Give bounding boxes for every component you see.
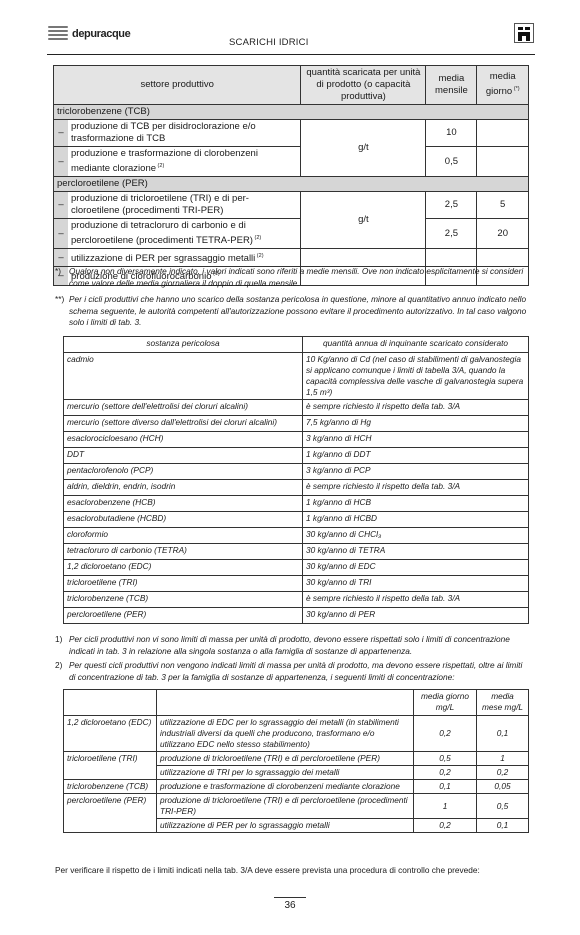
annual-quantity: è sempre richiesto il rispetto della tab… [303,400,529,416]
sector-label: produzione e trasformazione di clorobenz… [68,147,301,177]
monthly-average: 1 [477,752,529,766]
unit-cell: g/t [301,120,426,177]
daily-value [477,249,529,267]
substance-name: triclorobenzene (TCB) [64,592,303,608]
process-description: utilizzazione di TRI per lo sgrassaggio … [157,766,414,780]
substance-name: tricloroetilene (TRI) [64,576,303,592]
bullet-dash: – [54,192,69,219]
substance-name: esaclorobenzene (HCB) [64,496,303,512]
table-row: –produzione e trasformazione di cloroben… [54,147,529,177]
substance-name: mercurio (settore diverso dall'elettroli… [64,416,303,432]
annual-quantity: 10 Kg/anno di Cd (nel caso di stabilimen… [303,353,529,400]
table-row: mercurio (settore dell'elettrolisi dei c… [64,400,529,416]
substance-name: pentaclorofenolo (PCP) [64,464,303,480]
sector-label: utilizzazione di PER per sgrassaggio met… [68,249,301,267]
footnote-marker: *) [55,266,61,278]
table-row: tetracloruro di carbonio (TETRA)30 kg/an… [64,544,529,560]
column-header-quantity: quantità scaricata per unità di prodotto… [301,66,426,105]
footnote: **)Per i cicli produttivi che hanno uno … [55,294,529,330]
document-title: Scarichi idrici [229,37,309,48]
page-header: depuracque Scarichi idrici [47,22,535,55]
substance-name: 1,2 dicloroetano (EDC) [64,716,157,752]
footnote-text: Qualora non diversamente indicato, i val… [69,266,529,289]
concentration-limits-table: media giorno mg/Lmedia mese mg/L1,2 dicl… [63,689,529,833]
production-limits-table: settore produttivoquantità scaricata per… [53,65,529,286]
monthly-average: 0,05 [477,780,529,794]
column-header-monthly: media mensile [426,66,477,105]
footnote-mark: (2) [253,235,261,241]
annual-quantity-table: sostanza pericolosaquantità annua di inq… [63,336,529,624]
substance-name: tricloroetilene (TRI) [64,752,157,780]
group-name: percloroetilene (PER) [54,177,529,192]
footnote: 2)Per questi cicli produttivi non vengon… [55,660,529,684]
footnote-mark: (*) [512,86,519,92]
sector-label: produzione di TCB per disidroclorazione … [68,120,301,147]
table-row: percloroetilene (PER)produzione di tricl… [64,794,529,819]
monthly-average: 0,1 [477,819,529,833]
bullet-dash: – [54,120,69,147]
bullet-dash: – [54,249,69,267]
table-row: 1,2 dicloroetano (EDC)30 kg/anno di EDC [64,560,529,576]
sector-label: produzione di tetracloruro di carbonio e… [68,219,301,249]
daily-value [477,147,529,177]
substance-name: 1,2 dicloroetano (EDC) [64,560,303,576]
footer-text: Per verificare il rispetto de i limiti i… [55,865,480,875]
annual-quantity: 7,5 kg/anno di Hg [303,416,529,432]
group-row: percloroetilene (PER) [54,177,529,192]
substance-name: mercurio (settore dell'elettrolisi dei c… [64,400,303,416]
unit-cell: g/t [301,192,426,249]
table-row: –produzione di TCB per disidroclorazione… [54,120,529,147]
process-description: produzione di tricloroetilene (TRI) e di… [157,752,414,766]
table-row: esaclorocicloesano (HCH)3 kg/anno di HCH [64,432,529,448]
daily-value: 5 [477,192,529,219]
column-header-substance: sostanza pericolosa [64,337,303,353]
waves-icon [48,25,68,43]
monthly-value [426,249,477,267]
process-description: produzione e trasformazione di clorobenz… [157,780,414,794]
process-description: produzione di tricloroetilene (TRI) e di… [157,794,414,819]
footnote-mark: (2) [156,163,164,169]
footnote-text: Per cicli produttivi non vi sono limiti … [69,634,529,657]
monthly-average: 0,2 [477,766,529,780]
monthly-value: 2,5 [426,219,477,249]
annual-quantity: 30 kg/anno di CHCl₃ [303,528,529,544]
bullet-dash: – [54,219,69,249]
table-row: cadmio10 Kg/anno di Cd (nel caso di stab… [64,353,529,400]
brand-name: depuracque [72,28,130,40]
footnote-marker: 1) [55,634,62,646]
substance-name: percloroetilene (PER) [64,608,303,624]
monthly-average: 0,1 [477,716,529,752]
building-icon [514,23,534,43]
annual-quantity: 1 kg/anno di HCBD [303,512,529,528]
annual-quantity: 30 kg/anno di TETRA [303,544,529,560]
table-row: percloroetilene (PER)30 kg/anno di PER [64,608,529,624]
table-row: –produzione di tricloroetilene (TRI) e d… [54,192,529,219]
column-header-substance [64,690,157,716]
daily-average: 0,1 [414,780,477,794]
table-row: triclorobenzene (TCB)è sempre richiesto … [64,592,529,608]
daily-value: 20 [477,219,529,249]
substance-name: DDT [64,448,303,464]
annual-quantity: 3 kg/anno di HCH [303,432,529,448]
column-header-process [157,690,414,716]
footnote: 1)Per cicli produttivi non vi sono limit… [55,634,529,658]
process-description: utilizzazione di PER per lo sgrassaggio … [157,819,414,833]
monthly-value: 10 [426,120,477,147]
substance-name: percloroetilene (PER) [64,794,157,833]
daily-average: 0,2 [414,819,477,833]
footnote-mark: (2) [255,253,263,259]
daily-value [477,120,529,147]
header-row: media giorno mg/Lmedia mese mg/L [64,690,529,716]
annual-quantity: 1 kg/anno di DDT [303,448,529,464]
process-description: utilizzazione di EDC per lo sgrassaggio … [157,716,414,752]
table-row: DDT1 kg/anno di DDT [64,448,529,464]
table-row: –utilizzazione di PER per sgrassaggio me… [54,249,529,267]
column-header-daily: media giorno (*) [477,66,529,105]
substance-name: esaclorobutadiene (HCBD) [64,512,303,528]
footnote-marker: 2) [55,660,62,672]
substance-name: cloroformio [64,528,303,544]
bullet-dash: – [54,147,69,177]
daily-average: 1 [414,794,477,819]
daily-average: 0,5 [414,752,477,766]
page-number: 36 [274,897,306,911]
monthly-value: 0,5 [426,147,477,177]
table-row: 1,2 dicloroetano (EDC)utilizzazione di E… [64,716,529,752]
table-row: triclorobenzene (TCB)produzione e trasfo… [64,780,529,794]
daily-average: 0,2 [414,716,477,752]
header-row: settore produttivoquantità scaricata per… [54,66,529,105]
table-row: cloroformio30 kg/anno di CHCl₃ [64,528,529,544]
footnote-text: Per i cicli produttivi che hanno uno sca… [69,294,529,329]
column-header-monthly: media mese mg/L [477,690,529,716]
column-header-annual-quantity: quantità annua di inquinante scaricato c… [303,337,529,353]
monthly-value: 2,5 [426,192,477,219]
column-header-daily: media giorno mg/L [414,690,477,716]
annual-quantity: 1 kg/anno di HCB [303,496,529,512]
footnote-text: Per questi cicli produttivi non vengono … [69,660,529,683]
table-row: –produzione di tetracloruro di carbonio … [54,219,529,249]
brand-logo: depuracque [48,25,130,43]
substance-name: esaclorocicloesano (HCH) [64,432,303,448]
monthly-average: 0,5 [477,794,529,819]
group-name: triclorobenzene (TCB) [54,105,529,120]
group-row: triclorobenzene (TCB) [54,105,529,120]
annual-quantity: è sempre richiesto il rispetto della tab… [303,480,529,496]
table-row: tricloroetilene (TRI)30 kg/anno di TRI [64,576,529,592]
table-row: tricloroetilene (TRI)produzione di tricl… [64,752,529,766]
table-row: pentaclorofenolo (PCP)3 kg/anno di PCP [64,464,529,480]
table-row: esaclorobenzene (HCB)1 kg/anno di HCB [64,496,529,512]
footnote: *)Qualora non diversamente indicato, i v… [55,266,529,290]
header-row: sostanza pericolosaquantità annua di inq… [64,337,529,353]
annual-quantity: 30 kg/anno di EDC [303,560,529,576]
table-row: mercurio (settore diverso dall'elettroli… [64,416,529,432]
table-row: esaclorobutadiene (HCBD)1 kg/anno di HCB… [64,512,529,528]
footnote-marker: **) [55,294,64,306]
daily-average: 0,2 [414,766,477,780]
unit-cell [301,249,426,267]
column-header-sector: settore produttivo [54,66,301,105]
substance-name: tetracloruro di carbonio (TETRA) [64,544,303,560]
sector-label: produzione di tricloroetilene (TRI) e di… [68,192,301,219]
annual-quantity: 3 kg/anno di PCP [303,464,529,480]
table-row: aldrin, dieldrin, endrin, isodrinè sempr… [64,480,529,496]
annual-quantity: 30 kg/anno di PER [303,608,529,624]
annual-quantity: è sempre richiesto il rispetto della tab… [303,592,529,608]
substance-name: cadmio [64,353,303,400]
annual-quantity: 30 kg/anno di TRI [303,576,529,592]
substance-name: aldrin, dieldrin, endrin, isodrin [64,480,303,496]
substance-name: triclorobenzene (TCB) [64,780,157,794]
